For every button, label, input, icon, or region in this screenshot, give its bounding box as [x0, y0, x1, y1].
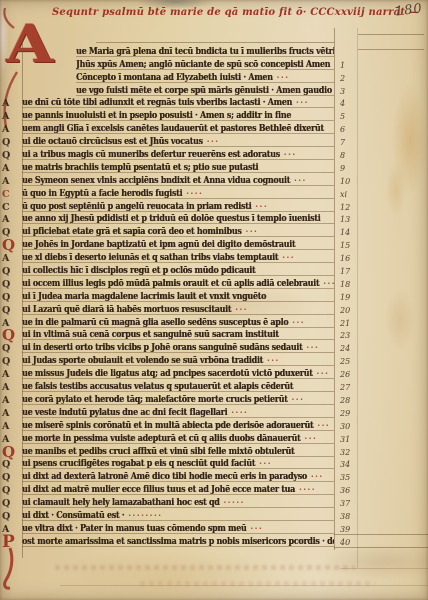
line-filler-dots: ···: [255, 201, 268, 211]
verse-text: ū quo post septēniū p angelū reuocata in…: [22, 201, 251, 211]
verse-row: Qui in deserti orto tribs vicibs p Johē …: [0, 340, 428, 353]
line-number: 36: [334, 486, 370, 495]
ruled-line: ost morte amarissima et sanctissima matr…: [22, 536, 334, 547]
ruled-line: ui ī Judea maria magdalene lacrimis laui…: [22, 291, 334, 302]
verse-row: Aue Symeon senex vlnis accipiēns bndixit…: [0, 173, 428, 186]
verse-row: Cōncepto ī montana ad Elyzabeth iuisti ·…: [0, 70, 428, 83]
verse-row: Qui pficiebat etate grā et sapīa corā de…: [0, 224, 428, 237]
line-filler-dots: ···: [306, 342, 319, 352]
verse-initial: C: [2, 190, 22, 199]
verse-row: Aue matris brachiis templū psentatū et s…: [0, 160, 428, 173]
ruled-line: ue Symeon senex vlnis accipiēns bndixit …: [22, 175, 334, 186]
final-initial-tail: [1, 546, 19, 592]
ruled-line: ue dnī cū tōte tibi adiunxit et regnās t…: [22, 97, 334, 108]
verse-text: ui die octauō circūcisus est et Jhūs voc…: [22, 136, 203, 146]
verse-initial: Q: [2, 241, 22, 250]
ruled-line: ū quo in Egyptū a facie herodis fugisti·…: [22, 188, 334, 199]
manuscript-page: Sequntr psalmū btē marie de qā matīo fit…: [0, 0, 428, 600]
verse-row: Aue missus Judeis die ligatus atq; ad pn…: [0, 366, 428, 379]
verse-initial: Q: [2, 460, 22, 469]
line-number: 5: [334, 112, 370, 121]
verse-text: Cōncepto ī montana ad Elyzabeth iuisti ·…: [76, 72, 273, 82]
verse-text: ue xl diebs ī deserto ieiunās et q satha…: [22, 252, 278, 262]
verse-text: ue vltra dixt · Pater in manus tuas cōme…: [22, 523, 246, 533]
line-filler-dots: ····: [186, 188, 203, 198]
verse-text: ue missus Judeis die ligatus atq; ad pnc…: [22, 368, 313, 378]
verse-row: Qui in vltimā suā cenā corpus et sanguin…: [0, 328, 428, 341]
verse-initial: Q: [2, 357, 22, 366]
margin-rule: [358, 34, 424, 35]
verse-text: ue Johēs in Jordane baptizatū et ipm agn…: [22, 239, 295, 249]
verse-text: ue miserē spinis corōnatū et in multā ab…: [22, 420, 313, 430]
ruled-line: ui die octauō circūcisus est et Jhūs voc…: [22, 136, 334, 147]
verse-initial: Q: [2, 499, 22, 508]
ruled-line: ue falsis testibs accusatus velatus q sp…: [22, 381, 334, 392]
verse-row: Auem angli Glīa ī excelsis canētes lauda…: [0, 121, 428, 134]
line-number: 3: [334, 87, 370, 96]
line-filler-dots: ···: [267, 355, 280, 365]
ruled-line: Cōncepto ī montana ad Elyzabeth iuisti ·…: [76, 72, 334, 83]
verse-row: Qui psens crucifigētes rogabat p eis q n…: [0, 457, 428, 470]
verse-row: Qui Judas sporte obuiauit et volendo se …: [0, 353, 428, 366]
ruled-line: ue miserē spinis corōnatū et in multā ab…: [22, 420, 334, 431]
verse-row: Qui Lazarū quē diarā iā habēs mortuos re…: [0, 302, 428, 315]
verse-row: Aue veste indutū pylatus dne ac dni feci…: [0, 405, 428, 418]
verse-row: Que manibs et pedibs cruci affixū et vin…: [0, 444, 428, 457]
verse-row: Qui clamauit hely hely lamazabathani hoc…: [0, 495, 428, 508]
verse-text: ue manibs et pedibs cruci affixū et vinū…: [22, 446, 294, 456]
verse-initial: A: [2, 125, 22, 134]
line-number: 6: [334, 125, 370, 134]
line-number: 24: [334, 344, 370, 353]
verse-row: Aue xl diebs ī deserto ieiunās et q sath…: [0, 250, 428, 263]
verse-text: ue in die palmarū cū magnā glia asello s…: [22, 317, 288, 327]
verse-initial: A: [2, 254, 22, 263]
line-number: 8: [334, 151, 370, 160]
verse-initial: Q: [2, 344, 22, 353]
line-filler-dots: ···: [277, 72, 290, 82]
verse-text: ui in vltimā suā cenā corpus et sanguinē…: [22, 329, 279, 339]
line-number: 4: [334, 99, 370, 108]
line-filler-dots: ···: [282, 252, 295, 262]
verse-row: Aue dnī cū tōte tibi adiunxit et regnās …: [0, 96, 428, 109]
verse-initial: Q: [2, 306, 22, 315]
ruled-line: ui in deserti orto tribs vicibs p Johē o…: [22, 342, 334, 353]
line-number: 26: [334, 370, 370, 379]
verse-list: ue Maria grā plena dnī tecū bndicta tu ī…: [0, 44, 428, 547]
ghost-text: [55, 565, 355, 570]
line-filler-dots: ···: [292, 394, 305, 404]
ruled-line: ui Judas sporte obuiauit et volendo se s…: [22, 355, 334, 366]
line-filler-dots: ···: [207, 136, 220, 146]
verse-initial: Q: [2, 331, 22, 340]
line-number: 34: [334, 460, 370, 469]
verse-row: Qui collectis hīc ī disciplos regū et p …: [0, 263, 428, 276]
verse-text: ui occem illius legis pdō mūdā palmis or…: [22, 278, 319, 288]
verse-initial: C: [2, 203, 22, 212]
line-number: 15: [334, 241, 370, 250]
verse-text: ue matris brachiis templū psentatū et s;…: [22, 162, 258, 172]
line-filler-dots: ········: [128, 510, 162, 520]
ruled-line: ue missus Judeis die ligatus atq; ad pnc…: [22, 368, 334, 379]
line-number: 30: [334, 422, 370, 431]
verse-initial: A: [2, 370, 22, 379]
verse-row: Qui die octauō circūcisus est et Jhūs vo…: [0, 134, 428, 147]
ruled-line: ui dixt ad dexterā latronē Amē dico tibi…: [22, 471, 334, 482]
verse-row: Que Johēs in Jordane baptizatū et ipm ag…: [0, 237, 428, 250]
verse-text: ui Judas sporte obuiauit et volendo se s…: [22, 355, 263, 365]
verse-text: ui ī Judea maria magdalene lacrimis laui…: [22, 291, 266, 301]
line-number: 14: [334, 228, 370, 237]
ruled-line: ue pannis inuoluisti et in psepio posuis…: [22, 110, 334, 121]
line-number: 20: [334, 306, 370, 315]
verse-text: ui in deserti orto tribs vicibs p Johē o…: [22, 342, 302, 352]
verse-initial: A: [2, 215, 22, 224]
ruled-line: ui psens crucifigētes rogabat p eis q ne…: [22, 458, 334, 469]
ruled-line: ue xl diebs ī deserto ieiunās et q satha…: [22, 252, 334, 263]
verse-text: ū quo in Egyptū a facie herodis fugisti: [22, 188, 182, 198]
verse-text: ue anno xij Jhesū pdidisti et p triduū e…: [22, 213, 320, 223]
verse-row: Aue morte in pessima vuiste adepturā et …: [0, 431, 428, 444]
verse-text: ui dixt ad matrē mulier ecce filius tuus…: [22, 484, 295, 494]
line-filler-dots: ···: [245, 226, 258, 236]
verse-text: uem angli Glīa ī excelsis canētes laudau…: [22, 123, 324, 133]
ruled-line: ui pficiebat etate grā et sapīa corā deo…: [22, 226, 334, 237]
verse-text: ui psens crucifigētes rogabat p eis q ne…: [22, 458, 255, 468]
verse-row: Qui ī Judea maria magdalene lacrimis lau…: [0, 289, 428, 302]
ruled-line: ue vgo fuisti mēte et corpe spū māris gē…: [76, 85, 334, 96]
ruled-line: ue anno xij Jhesū pdidisti et p triduū e…: [22, 213, 334, 224]
verse-text: ui collectis hīc ī disciplos regū et p o…: [22, 265, 255, 275]
line-number: 37: [334, 499, 370, 508]
verse-initial: Q: [2, 267, 22, 276]
ruled-line: ui dixt ad matrē mulier ecce filius tuus…: [22, 484, 334, 495]
ruled-line: ui collectis hīc ī disciplos regū et p o…: [22, 265, 334, 276]
folio-number: 180: [394, 1, 423, 19]
verse-row: Qui occem illius legis pdō mūdā palmis o…: [0, 276, 428, 289]
margin-rule: [334, 547, 428, 548]
verse-initial: A: [2, 99, 22, 108]
verse-text: ue veste indutū pylatus dne ac dni fecit…: [22, 407, 227, 417]
verse-row: Aue pannis inuoluisti et in psepio posui…: [0, 108, 428, 121]
line-filler-dots: ····: [299, 484, 316, 494]
ruled-line: ui dixt · Consūmatū est ·········: [22, 510, 334, 521]
line-number: 25: [334, 357, 370, 366]
verse-row: Aue vltra dixt · Pater in manus tuas cōm…: [0, 521, 428, 534]
line-number: 13: [334, 215, 370, 224]
line-filler-dots: ···: [304, 433, 317, 443]
ruled-line: ue veste indutū pylatus dne ac dni fecit…: [22, 407, 334, 418]
line-number: 39: [334, 525, 370, 534]
ruled-line: ue in die palmarū cū magnā glia asello s…: [22, 317, 334, 328]
line-number: 7: [334, 138, 370, 147]
line-number: 35: [334, 473, 370, 482]
line-number: 9: [334, 164, 370, 173]
verse-initial: A: [2, 112, 22, 121]
verse-initial: Q: [2, 512, 22, 521]
ruled-line: ue Johēs in Jordane baptizatū et ipm agn…: [22, 239, 334, 250]
verse-initial: Q: [2, 448, 22, 457]
ruled-line: ue Maria grā plena dnī tecū bndicta tu ī…: [76, 46, 334, 57]
ruled-line: ui Lazarū quē diarā iā habēs mortuos res…: [22, 304, 334, 315]
line-filler-dots: ···: [296, 97, 309, 107]
ruled-line: ui a tribus magis cū muneribs defertur r…: [22, 149, 334, 160]
rubric-header: Sequntr psalmū btē marie de qā matīo fit…: [52, 7, 354, 18]
verse-initial: A: [2, 177, 22, 186]
line-number: 10: [334, 177, 370, 186]
verse-text: ue corā pylato et herode tāq; malefactōr…: [22, 394, 288, 404]
verse-row: Aue in die palmarū cū magnā glia asello …: [0, 315, 428, 328]
verse-initial: Q: [2, 486, 22, 495]
verse-row: Aue falsis testibs accusatus velatus q s…: [0, 379, 428, 392]
verse-text: ui dixt · Consūmatū est ·: [22, 510, 124, 520]
ruled-line: Jhūs xpūs Amen; anglō nūciante de spū sc…: [76, 59, 334, 70]
verse-row: Cū quo in Egyptū a facie herodis fugisti…: [0, 186, 428, 199]
ruled-line: ue corā pylato et herode tāq; malefactōr…: [22, 394, 334, 405]
line-number: 29: [334, 409, 370, 418]
line-filler-dots: ···: [250, 523, 263, 533]
verse-initial: Q: [2, 151, 22, 160]
verse-text: ue falsis testibs accusatus velatus q sp…: [22, 381, 293, 391]
line-number: 21: [334, 319, 370, 328]
ruled-line: ue matris brachiis templū psentatū et s;…: [22, 162, 334, 173]
line-number: 18: [334, 280, 370, 289]
verse-row: Qui dixt · Consūmatū est ·········38: [0, 508, 428, 521]
line-number: 19: [334, 293, 370, 302]
verse-text: ost morte amarissima et sanctissima matr…: [22, 536, 334, 546]
line-filler-dots: ····: [231, 407, 248, 417]
verse-text: ue dnī cū tōte tibi adiunxit et regnās t…: [22, 97, 292, 107]
verse-row: ue vgo fuisti mēte et corpe spū māris gē…: [0, 83, 428, 96]
line-filler-dots: ···: [292, 317, 305, 327]
verse-text: ue pannis inuoluisti et in psepio posuis…: [22, 110, 291, 120]
line-number: 27: [334, 383, 370, 392]
verse-text: ui clamauit hely hely lamazabathani hoc …: [22, 497, 219, 507]
ruled-line: uem angli Glīa ī excelsis canētes laudau…: [22, 123, 334, 134]
verse-initial: Q: [2, 293, 22, 302]
line-number: 28: [334, 396, 370, 405]
verse-initial: A: [2, 409, 22, 418]
line-filler-dots: ···: [284, 149, 297, 159]
verse-text: ui Lazarū quē diarā iā habēs mortuos res…: [22, 304, 231, 314]
ruled-line: ue manibs et pedibs cruci affixū et vinū…: [22, 446, 334, 457]
verse-text: ue Maria grā plena dnī tecū bndicta tu ī…: [76, 46, 334, 56]
verse-row: ue Maria grā plena dnī tecū bndicta tu ī…: [0, 44, 428, 57]
ruled-line: ui in vltimā suā cenā corpus et sanguinē…: [22, 329, 334, 340]
ruled-line: ue morte in pessima vuiste adepturā et c…: [22, 433, 334, 444]
verse-row: Cū quo post septēniū p angelū reuocata i…: [0, 199, 428, 212]
line-number: 17: [334, 267, 370, 276]
line-filler-dots: ···: [323, 278, 334, 288]
ruled-line: ui clamauit hely hely lamazabathani hoc …: [22, 497, 334, 508]
line-filler-dots: ···: [235, 304, 248, 314]
verse-text: ui pficiebat etate grā et sapīa corā deo…: [22, 226, 241, 236]
ruled-line: ū quo post septēniū p angelū reuocata in…: [22, 201, 334, 212]
verse-text: ue morte in pessima vuiste adepturā et c…: [22, 433, 300, 443]
verse-initial: Q: [2, 138, 22, 147]
verse-initial: A: [2, 396, 22, 405]
verse-text: ui a tribus magis cū muneribs defertur r…: [22, 149, 280, 159]
verse-row: Aue miserē spinis corōnatū et in multā a…: [0, 418, 428, 431]
verse-text: ue Symeon senex vlnis accipiēns bndixit …: [22, 175, 290, 185]
verse-row: Aue anno xij Jhesū pdidisti et p triduū …: [0, 212, 428, 225]
line-number: 16: [334, 254, 370, 263]
line-number: 31: [334, 435, 370, 444]
line-number: 1: [334, 61, 370, 70]
line-number: 40: [334, 538, 370, 547]
verse-initial: A: [2, 422, 22, 431]
line-number: 38: [334, 512, 370, 521]
verse-row: Jhūs xpūs Amen; anglō nūciante de spū sc…: [0, 57, 428, 70]
verse-row: Aue corā pylato et herode tāq; malefactō…: [0, 392, 428, 405]
verse-text: Jhūs xpūs Amen; anglō nūciante de spū sc…: [76, 59, 330, 69]
verse-text: ui dixt ad dexterā latronē Amē dico tibi…: [22, 471, 307, 481]
verse-initial: Q: [2, 473, 22, 482]
line-filler-dots: ···: [294, 175, 307, 185]
line-number: 12: [334, 203, 370, 212]
line-number: xi: [334, 190, 370, 199]
line-filler-dots: ···: [317, 420, 330, 430]
ruled-line: ue vltra dixt · Pater in manus tuas cōme…: [22, 523, 334, 534]
verse-row: Post morte amarissima et sanctissima mat…: [0, 534, 428, 547]
line-number: 2: [334, 74, 370, 83]
ruled-line: ui occem illius legis pdō mūdā palmis or…: [22, 278, 334, 289]
verse-initial: A: [2, 383, 22, 392]
line-number: 32: [334, 448, 370, 457]
verse-row: Qui dixt ad dexterā latronē Amē dico tib…: [0, 469, 428, 482]
verse-row: Qui a tribus magis cū muneribs defertur …: [0, 147, 428, 160]
verse-initial: A: [2, 164, 22, 173]
verse-row: Qui dixt ad matrē mulier ecce filius tuu…: [0, 482, 428, 495]
header-base-rule: [96, 42, 334, 43]
ghost-text: [140, 581, 375, 586]
line-number: 23: [334, 331, 370, 340]
verse-text: ue vgo fuisti mēte et corpe spū māris gē…: [76, 85, 332, 95]
line-filler-dots: ···: [317, 368, 330, 378]
verse-initial: Q: [2, 280, 22, 289]
line-filler-dots: ·····: [223, 497, 244, 507]
line-filler-dots: ···: [311, 471, 324, 481]
line-filler-dots: ···: [259, 458, 272, 468]
